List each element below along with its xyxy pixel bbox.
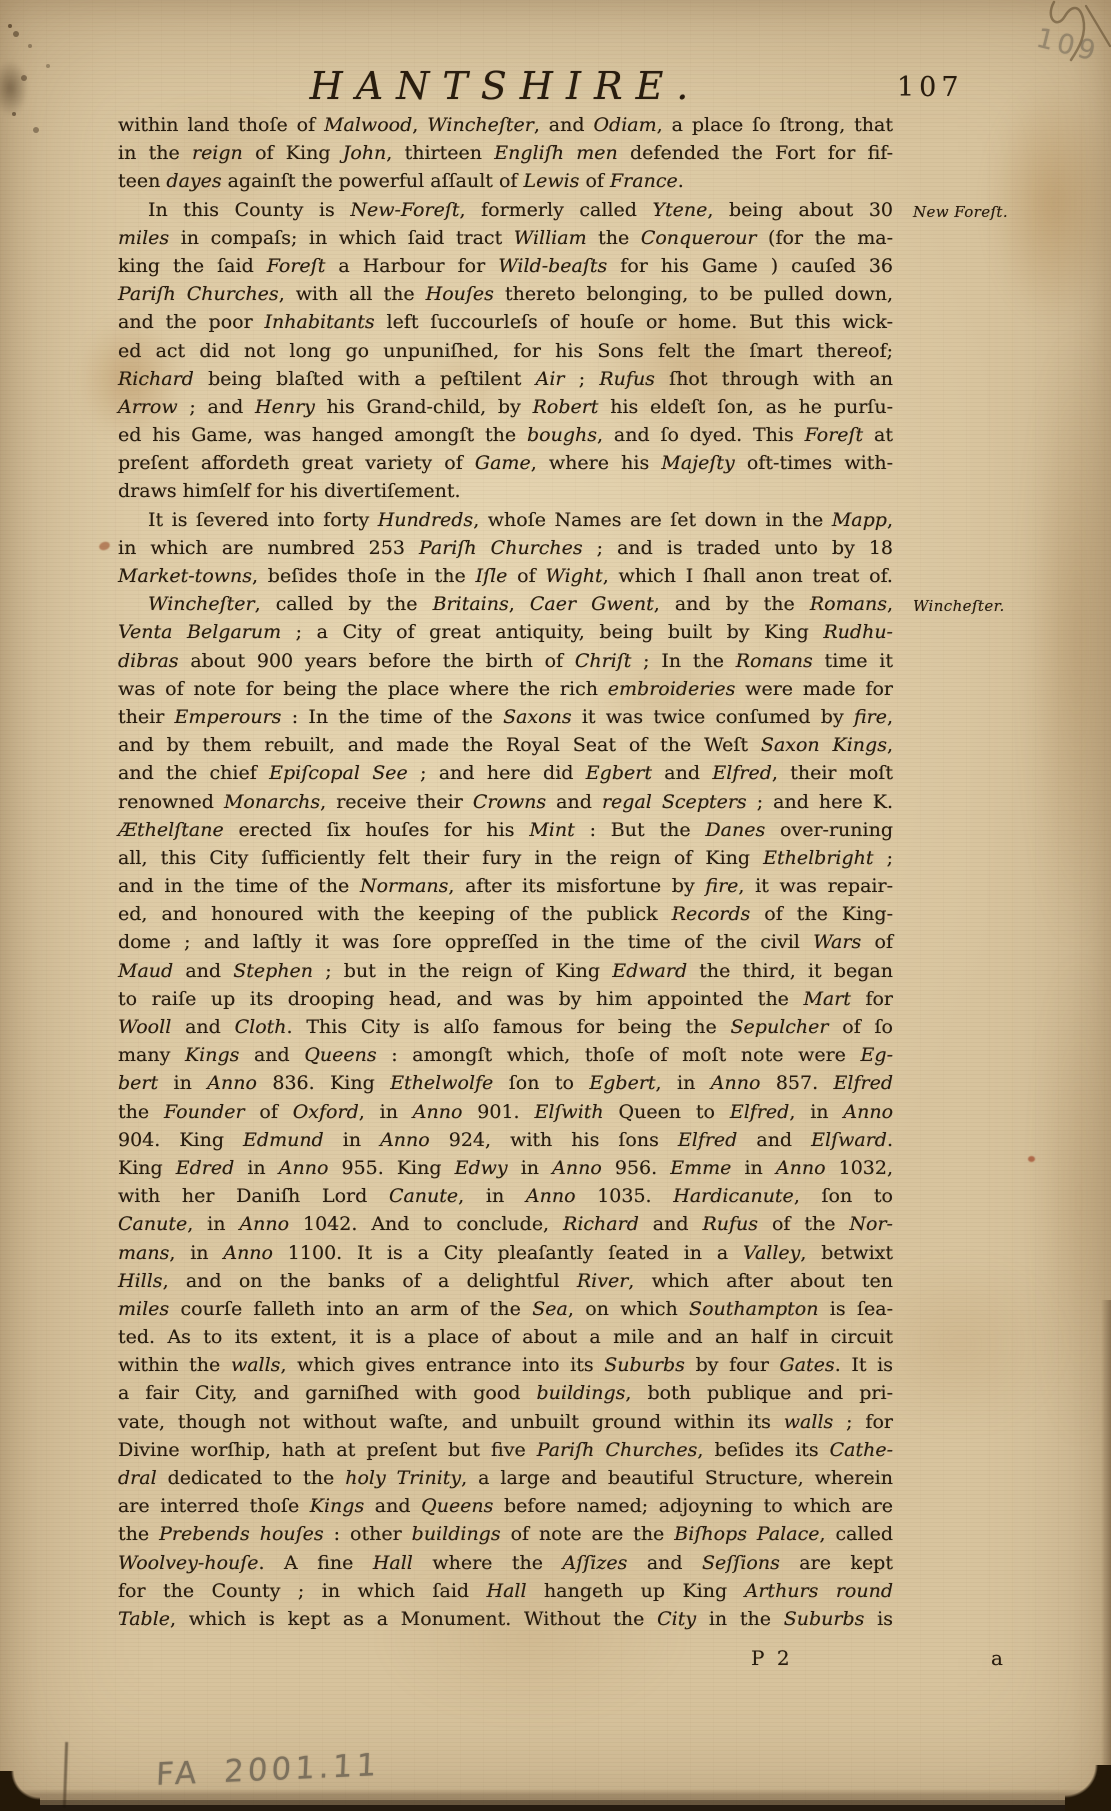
paragraph: within land thoſe of Malwood, Wincheſter…: [118, 111, 893, 196]
book-page-scan: 109 HANTSHIRE. 107 within land thoſe of …: [0, 0, 1111, 1811]
text-line: ted. As to its extent, it is a place of …: [118, 1323, 893, 1351]
text-line: preſent affordeth great variety of Game,…: [118, 449, 893, 477]
paragraph: In this County is New-Foreſt, formerly c…: [118, 196, 893, 506]
text-line: Arrow ; and Henry his Grand-child, by Ro…: [118, 393, 893, 421]
text-line: miles in compaſs; in which ſaid tract Wi…: [118, 224, 893, 252]
text-line: Venta Belgarum ; a City of great antiqui…: [118, 618, 893, 646]
text-line: Divine worſhip, hath at preſent but five…: [118, 1436, 893, 1464]
text-line: for the County ; in which ſaid Hall hang…: [118, 1577, 893, 1605]
text-line: within the walls, which gives entrance i…: [118, 1351, 893, 1379]
stain: [1028, 330, 1111, 950]
text-line: vate, though not without waſte, and unbu…: [118, 1408, 893, 1436]
text-line: within land thoſe of Malwood, Wincheſter…: [118, 111, 893, 139]
text-line: Æthelſtane erected ſix houſes for his Mi…: [118, 816, 893, 844]
text-line: to raiſe up its drooping head, and was b…: [118, 985, 893, 1013]
margin-note: New Foreſt.: [913, 198, 1008, 226]
text-line: their Emperours : In the time of the Sax…: [118, 703, 893, 731]
edge-smudge: [0, 60, 28, 116]
text-line: and in the time of the Normans, after it…: [118, 872, 893, 900]
text-line: king the ſaid Foreſt a Harbour for Wild-…: [118, 252, 893, 280]
text-line: Wooll and Cloth. This City is alſo famou…: [118, 1013, 893, 1041]
signature-mark: P 2: [751, 1646, 793, 1670]
text-line: Maud and Stephen ; but in the reign of K…: [118, 957, 893, 985]
text-line: ed, and honoured with the keeping of the…: [118, 900, 893, 928]
text-line: in which are numbred 253 Pariſh Churches…: [118, 534, 893, 562]
text-line: and the chief Epiſcopal See ; and here d…: [118, 759, 893, 787]
text-line: Woolvey-houſe. A fine Hall where the Aſſ…: [118, 1549, 893, 1577]
text-line: It is ſevered into forty Hundreds, whoſe…: [118, 506, 893, 534]
text-line: with her Daniſh Lord Canute, in Anno 103…: [118, 1182, 893, 1210]
paragraph: Wincheſter, called by the Britains, Caer…: [118, 590, 893, 1633]
red-speck: [1028, 1156, 1035, 1162]
body-text: within land thoſe of Malwood, Wincheſter…: [118, 111, 893, 1633]
red-speck: [98, 540, 111, 551]
text-line: bert in Anno 836. King Ethelwolfe ſon to…: [118, 1069, 893, 1097]
ink-specks: [8, 24, 12, 28]
text-line: King Edred in Anno 955. King Edwy in Ann…: [118, 1154, 893, 1182]
text-line: ed his Game, was hanged amongſt the boug…: [118, 421, 893, 449]
text-line: the Founder of Oxford, in Anno 901. Elſw…: [118, 1098, 893, 1126]
text-line: ed act did not long go unpuniſhed, for h…: [118, 337, 893, 365]
signature-row: P 2 a: [118, 1646, 1018, 1676]
text-line: teen dayes againſt the powerful aſſault …: [118, 167, 893, 195]
margin-note: Wincheſter.: [913, 592, 1005, 620]
text-line: dome ; and laſtly it was ſore oppreſſed …: [118, 928, 893, 956]
text-line: was of note for being the place where th…: [118, 675, 893, 703]
text-line: Table, which is kept as a Monument. With…: [118, 1605, 893, 1633]
scan-crease: [63, 1742, 68, 1808]
page-number: 107: [897, 72, 964, 103]
text-line: and by them rebuilt, and made the Royal …: [118, 731, 893, 759]
text-line: Market-towns, beſides thoſe in the Iſle …: [118, 562, 893, 590]
text-line: Richard being blaſted with a peſtilent A…: [118, 365, 893, 393]
text-line: draws himſelf for his divertiſement.: [118, 477, 893, 505]
running-title: HANTSHIRE.: [118, 64, 893, 108]
pencil-shelfmark: FA 2001.11: [155, 1747, 381, 1793]
text-line: In this County is New-Foreſt, formerly c…: [118, 196, 893, 224]
text-line: Hills, and on the banks of a delightful …: [118, 1267, 893, 1295]
text-line: all, this City ſufficiently felt their f…: [118, 844, 893, 872]
text-line: 904. King Edmund in Anno 924, with his ſ…: [118, 1126, 893, 1154]
text-line: mans, in Anno 1100. It is a City pleaſan…: [118, 1239, 893, 1267]
text-line: renowned Monarchs, receive their Crowns …: [118, 788, 893, 816]
scan-corner: [0, 1771, 40, 1811]
text-line: many Kings and Queens : amongſt which, t…: [118, 1041, 893, 1069]
text-line: miles courſe falleth into an arm of the …: [118, 1295, 893, 1323]
text-line: in the reign of King John, thirteen Engl…: [118, 139, 893, 167]
text-line: Pariſh Churches, with all the Houſes the…: [118, 280, 893, 308]
paragraph: It is ſevered into forty Hundreds, whoſe…: [118, 506, 893, 591]
text-line: dibras about 900 years before the birth …: [118, 647, 893, 675]
text-line: the Prebends houſes : other buildings of…: [118, 1520, 893, 1548]
text-line: and the poor Inhabitants left ſuccourleſ…: [118, 308, 893, 336]
text-line: a fair City, and garniſhed with good bui…: [118, 1379, 893, 1407]
text-line: Canute, in Anno 1042. And to conclude, R…: [118, 1210, 893, 1238]
text-line: are interred thoſe Kings and Queens befo…: [118, 1492, 893, 1520]
text-line: dral dedicated to the holy Trinity, a la…: [118, 1464, 893, 1492]
catchword: a: [991, 1646, 1003, 1670]
text-line: Wincheſter, called by the Britains, Caer…: [118, 590, 893, 618]
page-edge-shadow: [1101, 1300, 1111, 1811]
